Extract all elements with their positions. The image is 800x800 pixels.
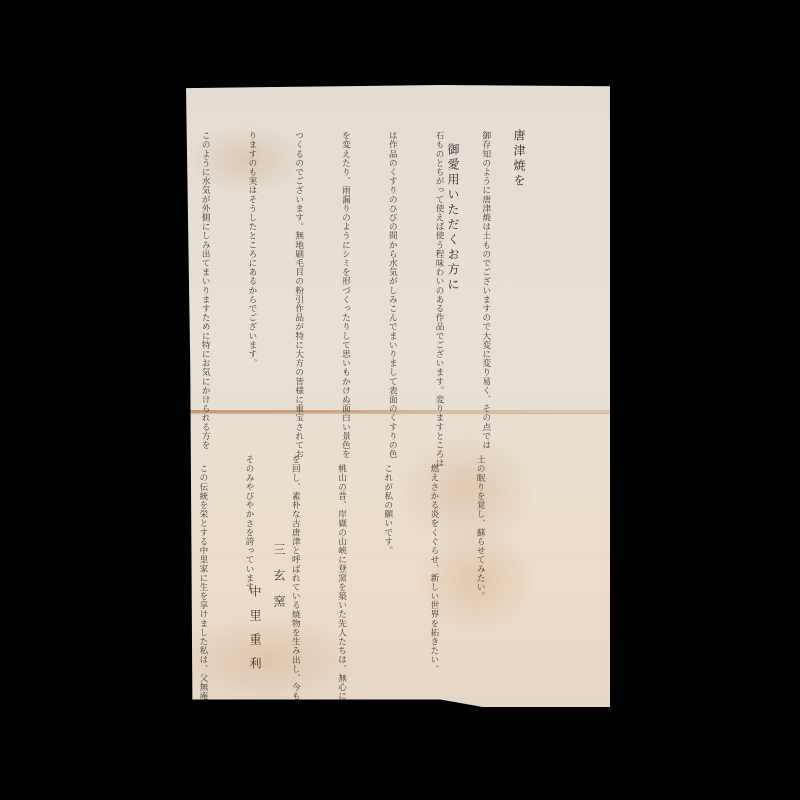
text-line: つくるのでございます。無地刷毛目の粉引作品が特に大方の皆様に重宝されてお <box>290 131 306 381</box>
text-line: 桃山の昔、岸嶽の山峡に登窯を築いた先人たちは、無心にろくろ <box>333 455 348 695</box>
text-line: 燃えさかる炎をくぐらせ、新しい世界を拓きたい。 <box>426 455 441 695</box>
text-line: このように水気が外側にしみ出てまいりますために特にお気にかけられる方を <box>197 131 213 381</box>
text-line: これが私の願いです。 <box>379 455 394 695</box>
text-line: りますのも実はそうしたところにあるからでございます。 <box>243 131 259 381</box>
text-line: この伝統を栄とする中里家に生を享けました私は、父無庵のも <box>194 455 209 695</box>
paper-sheet: 唐津焼を 御愛用いただくお方に 御存知のように唐津焼は土ものでございますので大変… <box>186 85 610 707</box>
potter-name: 中里重利 <box>246 585 263 681</box>
text-line: を回し、素朴な古唐津と呼ばれている焼物を生み出し、今もって <box>287 455 302 695</box>
text-line: 土の眠りを覚し、蘇らせてみたい。 <box>472 455 487 695</box>
top-body-text: 御存知のように唐津焼は土ものでございますので大変に変り易く、その点では 石ものと… <box>0 131 524 381</box>
text-line: 進いたして居ります。 <box>56 455 71 695</box>
text-line: 「天・地・人」のもとい、「土・技・炎」の三位一体。 <box>10 455 25 695</box>
kiln-name: 三玄窯 <box>270 543 287 621</box>
text-line: 石ものとちがって使えば使う程味わいのある作品でございます。変りますところは <box>430 131 446 381</box>
text-line: おみかけするようでございますが、これは御使用になっていられるうちに次第に <box>150 131 166 381</box>
text-line: とで厳しい修業を積み、古伝の技にも習熟し、先人たちの遺跡の <box>148 455 163 695</box>
text-line: を変えたり、雨漏りのようにシミを形づくったりして思いもかけぬ面白い景色を <box>337 131 353 381</box>
text-line: また御茶碗や皿などについている日跡についても傷ではないかとお気にかけら <box>9 131 25 381</box>
text-line: 御存知のように唐津焼は土ものでございますので大変に変り易く、その点では <box>477 131 493 381</box>
text-line: 美しい景色をつくりあげつつ自然になくなるものでございますので御心配にはお <box>103 131 119 381</box>
text-line: よびません。 <box>56 131 72 381</box>
fold-crease <box>186 410 610 413</box>
text-line: 上に、更に独自の作風をひらくべく唐津、神田山口に窯を築き精 <box>102 455 117 695</box>
text-line: は作品のくすりのひびの間から水気がしみこんでまいりまして表面のくすりの色 <box>384 131 400 381</box>
